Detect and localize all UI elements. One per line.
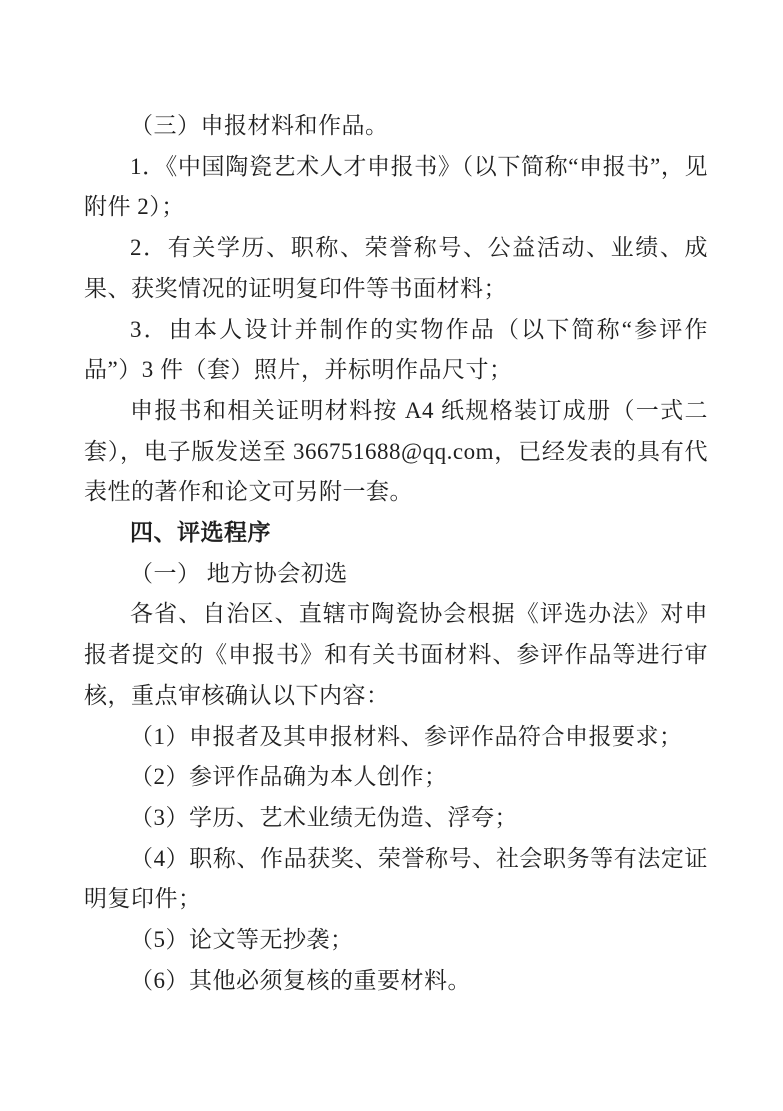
- material-item-1: 1．《中国陶瓷艺术人才申报书》（以下简称“申报书”，见附件 2）；: [84, 147, 708, 228]
- document-page: （三）申报材料和作品。 1．《中国陶瓷艺术人才申报书》（以下简称“申报书”，见附…: [0, 0, 783, 1111]
- check-item-1: （1）申报者及其申报材料、参评作品符合申报要求；: [84, 717, 708, 758]
- check-item-4: （4）职称、作品获奖、荣誉称号、社会职务等有法定证明复印件；: [84, 839, 708, 920]
- binding-note: 申报书和相关证明材料按 A4 纸规格装订成册（一式二套），电子版发送至 3667…: [84, 391, 708, 513]
- subsection-1-title: （一） 地方协会初选: [84, 554, 708, 595]
- document-content: （三）申报材料和作品。 1．《中国陶瓷艺术人才申报书》（以下简称“申报书”，见附…: [84, 106, 708, 1001]
- review-intro: 各省、自治区、直辖市陶瓷协会根据《评选办法》对申报者提交的《申报书》和有关书面材…: [84, 594, 708, 716]
- check-item-5: （5）论文等无抄袭；: [84, 920, 708, 961]
- section-3-title: （三）申报材料和作品。: [84, 106, 708, 147]
- material-item-2: 2．有关学历、职称、荣誉称号、公益活动、业绩、成果、获奖情况的证明复印件等书面材…: [84, 228, 708, 309]
- check-item-2: （2）参评作品确为本人创作；: [84, 757, 708, 798]
- section-4-heading: 四、评选程序: [84, 513, 708, 554]
- material-item-3: 3．由本人设计并制作的实物作品（以下简称“参评作品”）3 件（套）照片，并标明作…: [84, 310, 708, 391]
- check-item-6: （6）其他必须复核的重要材料。: [84, 961, 708, 1002]
- check-item-3: （3）学历、艺术业绩无伪造、浮夸；: [84, 798, 708, 839]
